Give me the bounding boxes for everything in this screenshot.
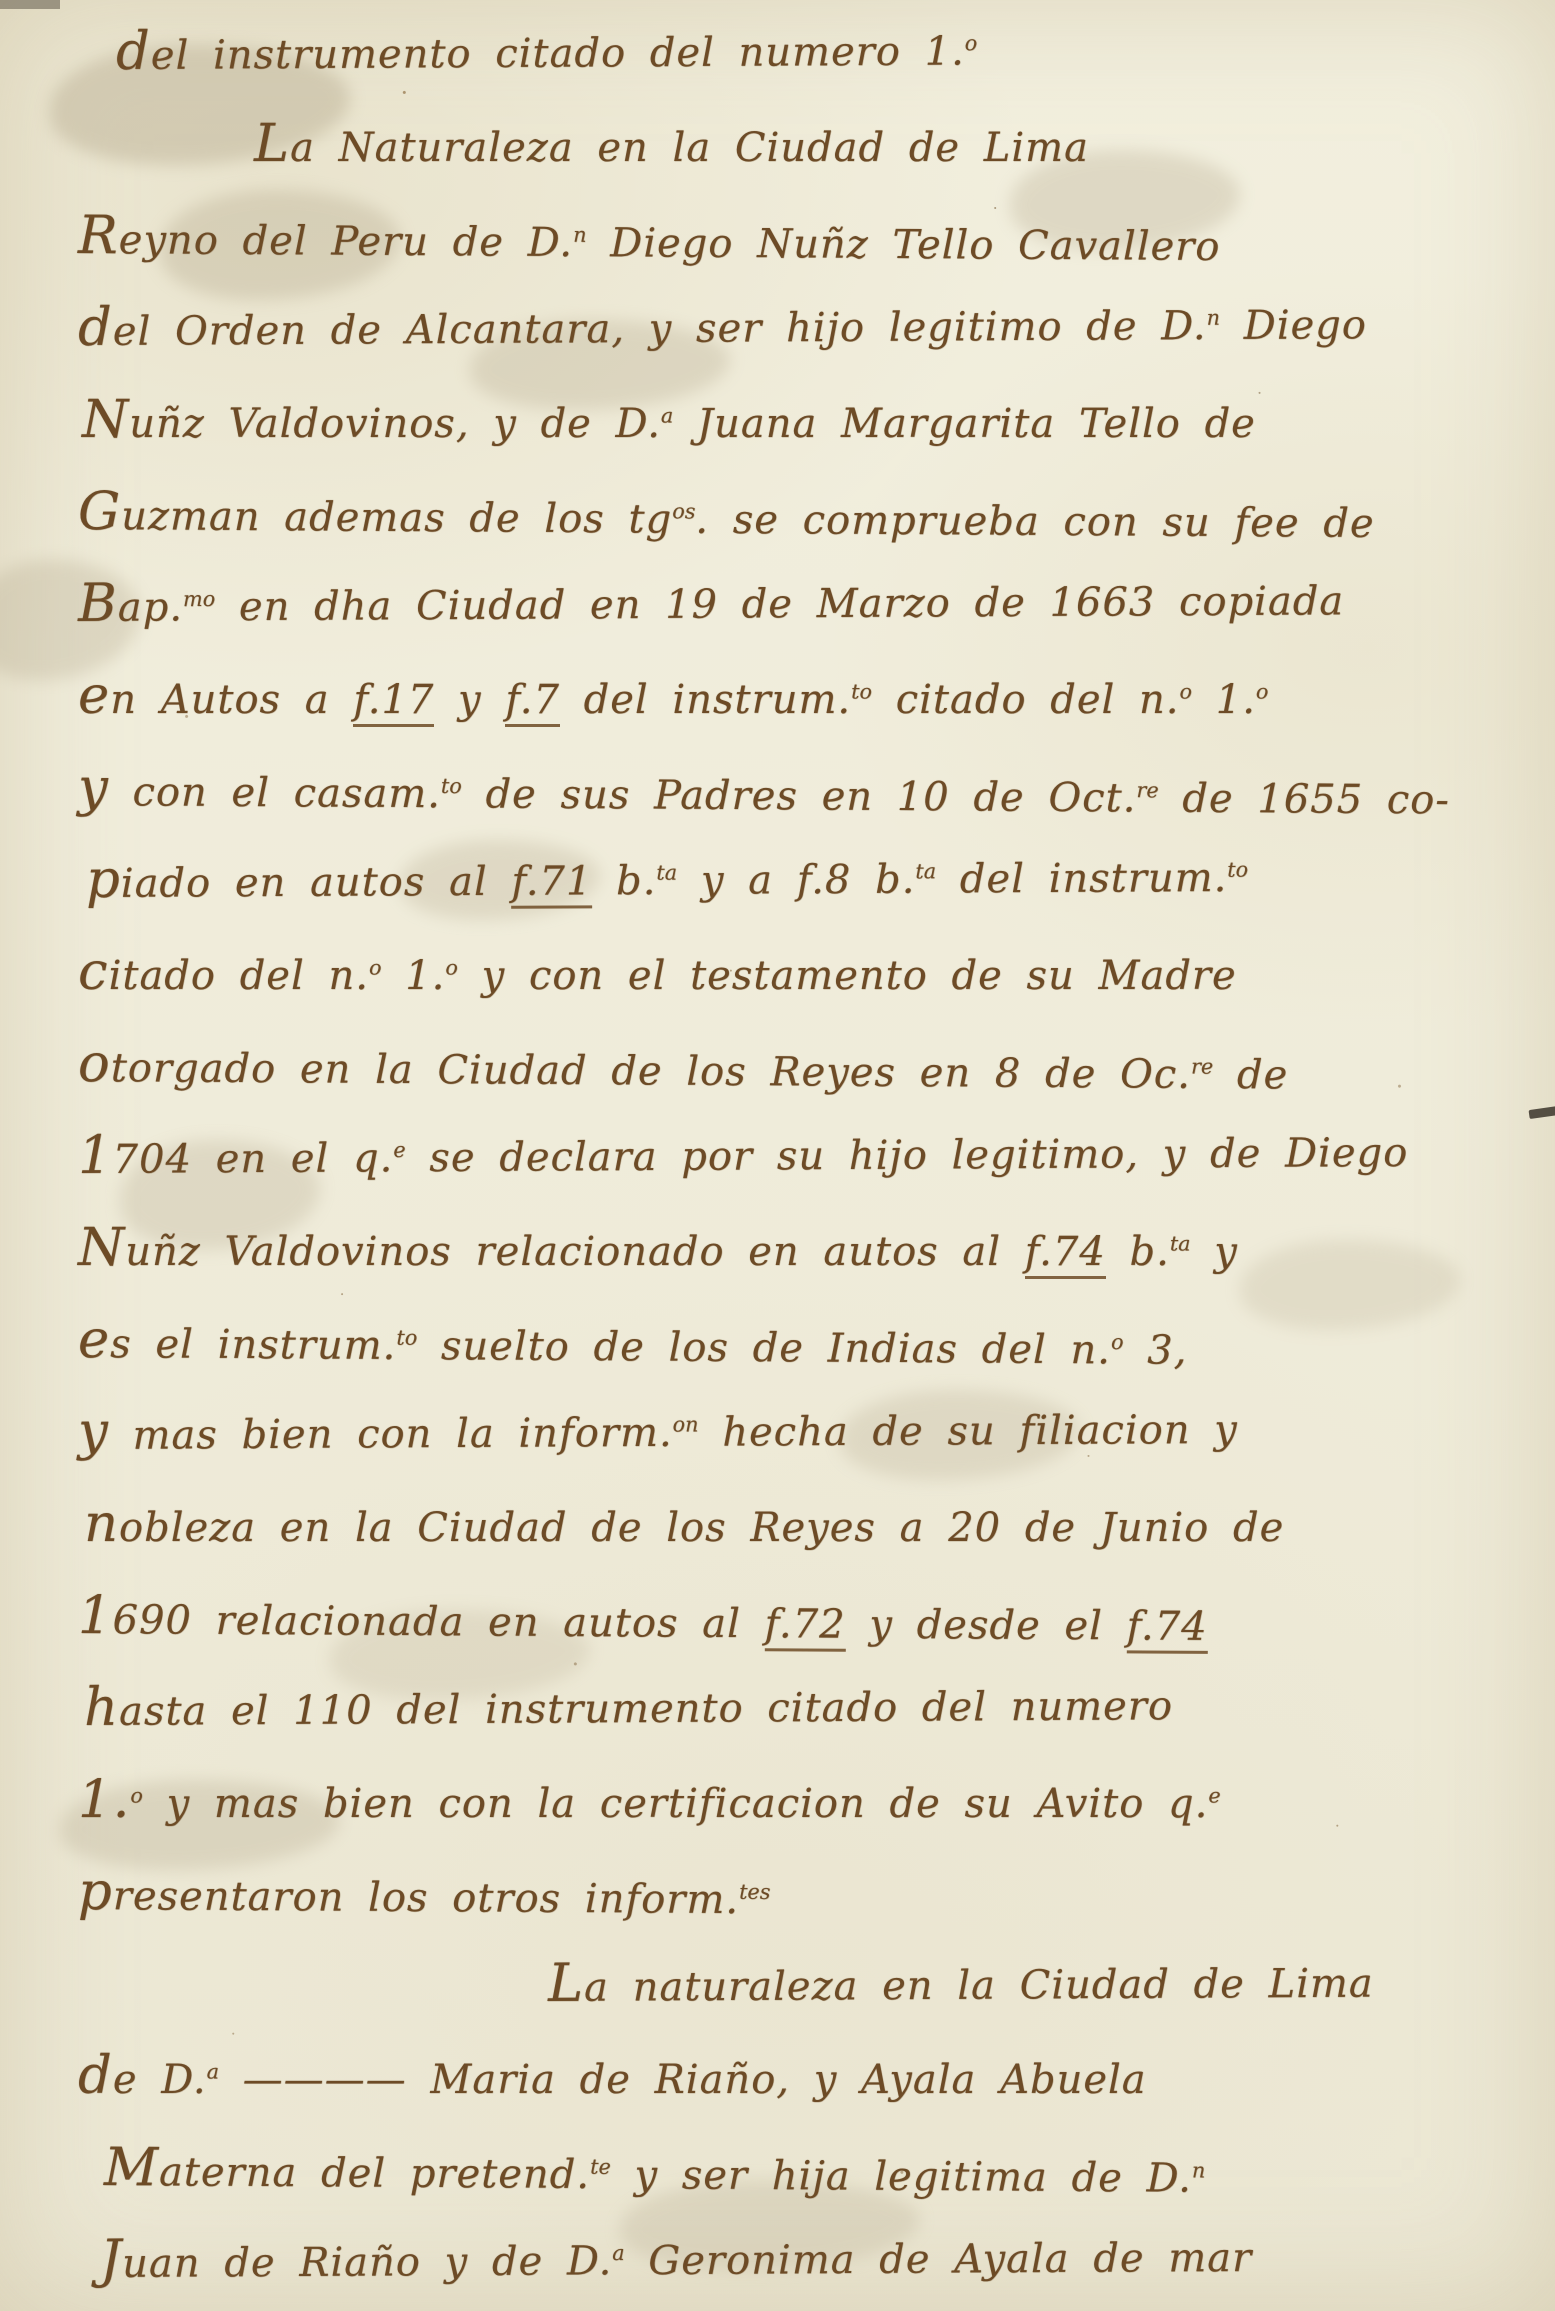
manuscript-line: presentaron los otros inform.tes (78, 1846, 1510, 1947)
manuscript-line: hasta el 110 del instrumento citado del … (84, 1655, 1509, 1754)
manuscript-page: del instrumento citado del numero 1.oLa … (0, 0, 1555, 2311)
manuscript-line: La Naturaleza en la Ciudad de Lima (254, 98, 1509, 190)
manuscript-line: Nuñz Valdovinos, y de D.a Juana Margarit… (82, 374, 1509, 466)
manuscript-line: piado en autos al f.71 b.ta y a f.8 b.ta… (86, 827, 1509, 926)
manuscript-text: del instrumento citado del numero 1.oLa … (0, 6, 1555, 2306)
manuscript-line: nobleza en la Ciudad de los Reyes a 20 d… (84, 1478, 1509, 1570)
manuscript-line: del instrumento citado del numero 1.o (116, 0, 1509, 98)
manuscript-line: y mas bien con la inform.on hecha de su … (78, 1379, 1509, 1478)
manuscript-line: Juan de Riaño y de D.a Geronima de Ayala… (100, 2207, 1509, 2306)
manuscript-line: Bap.mo en dha Ciudad en 19 de Marzo de 1… (78, 551, 1509, 650)
manuscript-line: 1704 en el q.e se declara por su hijo le… (78, 1103, 1509, 1202)
manuscript-line: del Orden de Alcantara, y ser hijo legit… (78, 275, 1509, 374)
manuscript-line: en Autos a f.17 y f.7 del instrum.to cit… (78, 650, 1509, 742)
manuscript-line: 1.o y mas bien con la certificacion de s… (78, 1754, 1509, 1846)
manuscript-line: La naturaleza en la Ciudad de Lima (548, 1933, 1509, 2030)
manuscript-line: Nuñz Valdovinos relacionado en autos al … (78, 1202, 1509, 1294)
manuscript-line: citado del n.o 1.o y con el testamento d… (78, 926, 1509, 1018)
manuscript-line: de D.a ———— Maria de Riaño, y Ayala Abue… (78, 2030, 1509, 2122)
